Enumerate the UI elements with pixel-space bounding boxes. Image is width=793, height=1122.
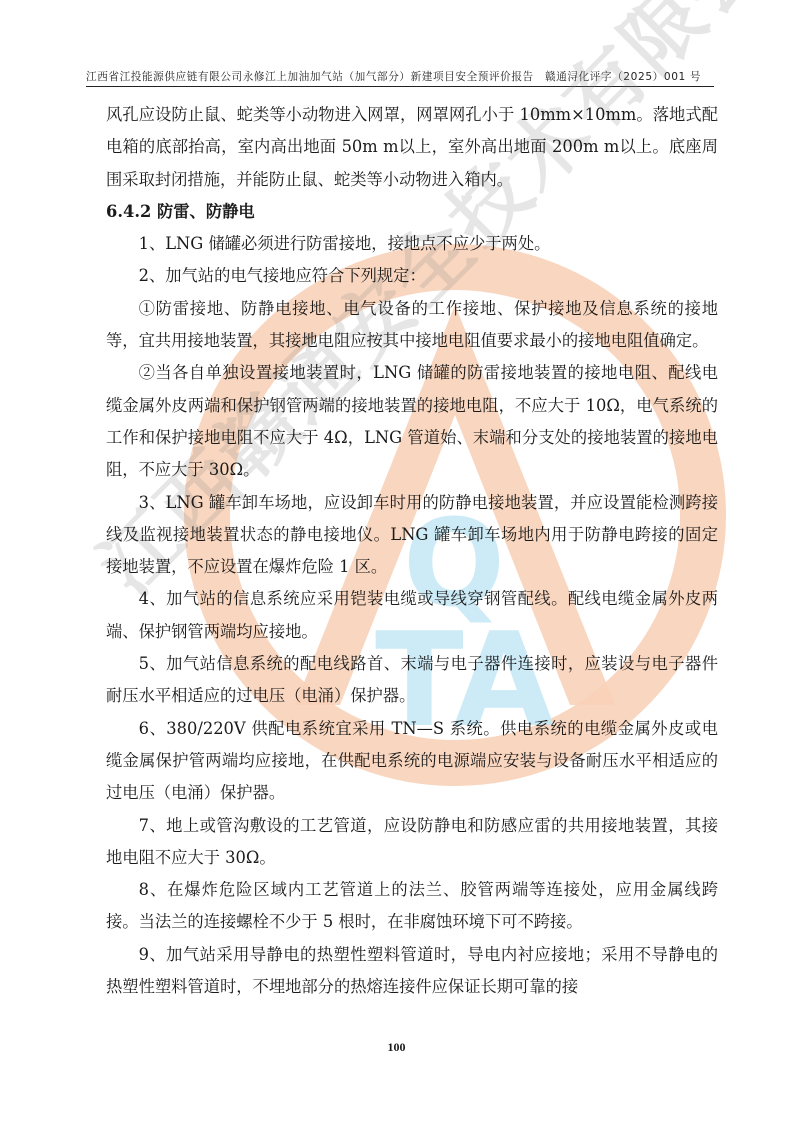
section-heading: 6.4.2 防雷、防静电 — [106, 196, 718, 228]
paragraph-item-7: 7、地上或管沟敷设的工艺管道，应设防静电和防感应雷的共用接地装置，其接地电阻不应… — [106, 810, 718, 875]
paragraph-continuation: 风孔应设防止鼠、蛇类等小动物进入网罩，网罩网孔小于 10mm×10mm。落地式配… — [106, 99, 718, 196]
paragraph-item-5: 5、加气站信息系统的配电线路首、末端与电子器件连接时，应装设与电子器件耐压水平相… — [106, 648, 718, 713]
page-number: 100 — [0, 1040, 793, 1055]
paragraph-item-3: 3、LNG 罐车卸车场地，应设卸车时用的防静电接地装置，并应设置能检测跨接线及监… — [106, 487, 718, 584]
document-body: 风孔应设防止鼠、蛇类等小动物进入网罩，网罩网孔小于 10mm×10mm。落地式配… — [106, 99, 718, 1003]
header-title: 江西省江投能源供应链有限公司永修江上加油加气站（加气部分）新建项目安全预评价报告… — [86, 71, 701, 83]
paragraph-item-6: 6、380/220V 供配电系统宜采用 TN—S 系统。供电系统的电缆金属外皮或… — [106, 713, 718, 810]
paragraph-item-8: 8、在爆炸危险区域内工艺管道上的法兰、胶管两端等连接处，应用金属线跨接。当法兰的… — [106, 874, 718, 939]
paragraph-item-2-2: ②当各自单独设置接地装置时，LNG 储罐的防雷接地装置的接地电阻、配线电缆金属外… — [106, 357, 718, 486]
page-header: 江西省江投能源供应链有限公司永修江上加油加气站（加气部分）新建项目安全预评价报告… — [86, 70, 714, 87]
document-page: 江西省江投能源供应链有限公司永修江上加油加气站（加气部分）新建项目安全预评价报告… — [0, 0, 793, 1122]
paragraph-item-2: 2、加气站的电气接地应符合下列规定： — [106, 260, 718, 292]
paragraph-item-9: 9、加气站采用导静电的热塑性塑料管道时，导电内衬应接地；采用不导静电的热塑性塑料… — [106, 939, 718, 1004]
paragraph-item-1: 1、LNG 储罐必须进行防雷接地，接地点不应少于两处。 — [106, 228, 718, 260]
paragraph-item-4: 4、加气站的信息系统应采用铠装电缆或导线穿钢管配线。配线电缆金属外皮两端、保护钢… — [106, 583, 718, 648]
paragraph-item-2-1: ①防雷接地、防静电接地、电气设备的工作接地、保护接地及信息系统的接地等，宜共用接… — [106, 293, 718, 358]
